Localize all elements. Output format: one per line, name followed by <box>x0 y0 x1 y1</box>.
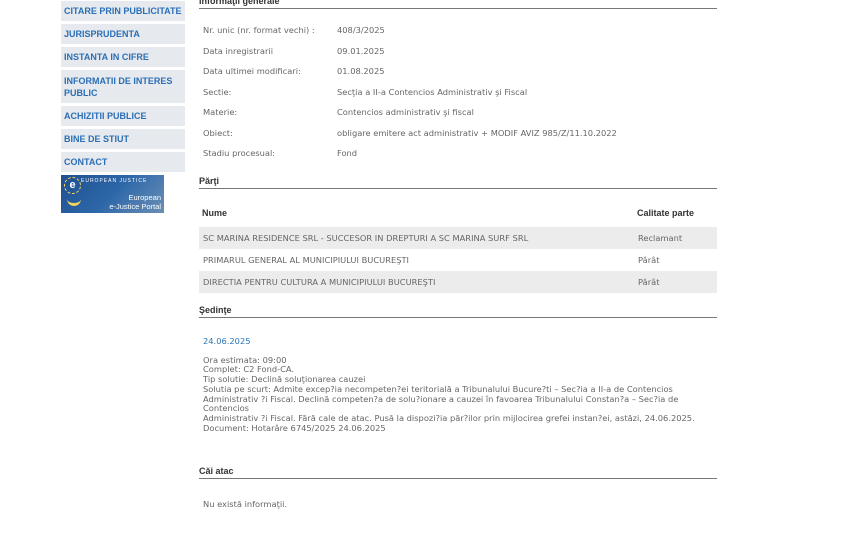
table-row: SC MARINA RESIDENCE SRL - SUCCESOR IN DR… <box>199 227 717 249</box>
ejustice-banner-top-text: EUROPEAN JUSTICE <box>81 178 147 184</box>
general-info-list: Nr. unic (nr. format vechi) : 408/3/2025… <box>199 20 717 164</box>
parties-heading: Părţi <box>199 176 717 189</box>
party-name: SC MARINA RESIDENCE SRL - SUCCESOR IN DR… <box>199 227 634 249</box>
parties-table: Nume Calitate parte SC MARINA RESIDENCE … <box>199 199 717 293</box>
sidebar-item-jurisprudenta[interactable]: JURISPRUDENTA <box>61 24 185 44</box>
info-row-sectie: Sectie: Secţia a II-a Contencios Adminis… <box>199 82 717 103</box>
ejustice-banner-line1: European <box>109 193 161 202</box>
scales-of-justice-icon <box>67 195 81 206</box>
info-label: Data inregistrarii <box>199 46 337 56</box>
info-value: Fond <box>337 148 357 158</box>
info-row-data-inregistrarii: Data inregistrarii 09.01.2025 <box>199 41 717 62</box>
sidebar-item-instanta-in-cifre[interactable]: INSTANTA IN CIFRE <box>61 47 185 67</box>
ejustice-banner-caption: European e-Justice Portal <box>109 193 161 211</box>
sidebar-item-achizitii-publice[interactable]: ACHIZITII PUBLICE <box>61 106 185 126</box>
info-row-stadiu-procesual: Stadiu procesual: Fond <box>199 143 717 164</box>
general-info-heading: Informaţii generale <box>199 0 717 9</box>
sidebar-nav: CITARE PRIN PUBLICITATE JURISPRUDENTA IN… <box>61 0 185 213</box>
info-value: obligare emitere act administrativ + MOD… <box>337 128 617 138</box>
hearing-date: 24.06.2025 <box>203 336 717 346</box>
hearing-item: 24.06.2025 Ora estimata: 09:00 Complet: … <box>199 336 717 434</box>
party-role: Reclamant <box>634 227 717 249</box>
parties-header-row: Nume Calitate parte <box>199 199 717 227</box>
hearings-heading: Şedinţe <box>199 305 717 318</box>
info-label: Stadiu procesual: <box>199 148 337 158</box>
sidebar-item-citare-prin-publicitate[interactable]: CITARE PRIN PUBLICITATE <box>61 1 185 21</box>
info-row-nr-unic: Nr. unic (nr. format vechi) : 408/3/2025 <box>199 20 717 41</box>
info-row-obiect: Obiect: obligare emitere act administrat… <box>199 123 717 144</box>
info-label: Sectie: <box>199 87 337 97</box>
column-header-role: Calitate parte <box>634 199 717 227</box>
info-value: Secţia a II-a Contencios Administrativ ş… <box>337 87 527 97</box>
party-role: Pârât <box>634 249 717 271</box>
appeals-empty-message: Nu există informaţii. <box>199 499 717 509</box>
case-details: Informaţii generale Nr. unic (nr. format… <box>199 0 717 509</box>
info-row-materie: Materie: Contencios administrativ şi fis… <box>199 102 717 123</box>
ejustice-portal-banner[interactable]: e EUROPEAN JUSTICE European e-Justice Po… <box>61 175 164 213</box>
info-label: Nr. unic (nr. format vechi) : <box>199 25 337 35</box>
info-row-data-ultimei-modificari: Data ultimei modificari: 01.08.2025 <box>199 61 717 82</box>
party-name: PRIMARUL GENERAL AL MUNICIPIULUI BUCUREŞ… <box>199 249 634 271</box>
table-row: PRIMARUL GENERAL AL MUNICIPIULUI BUCUREŞ… <box>199 249 717 271</box>
ejustice-logo-icon: e <box>64 177 81 194</box>
ejustice-banner-line2: e-Justice Portal <box>109 202 161 211</box>
info-value: 408/3/2025 <box>337 25 385 35</box>
info-label: Data ultimei modificari: <box>199 66 337 76</box>
party-name: DIRECTIA PENTRU CULTURA A MUNICIPIULUI B… <box>199 271 634 293</box>
table-row: DIRECTIA PENTRU CULTURA A MUNICIPIULUI B… <box>199 271 717 293</box>
sidebar-item-bine-de-stiut[interactable]: BINE DE STIUT <box>61 129 185 149</box>
info-label: Materie: <box>199 107 337 117</box>
hearing-details: Ora estimata: 09:00 Complet: C2 Fond-CA.… <box>203 356 717 434</box>
info-value: Contencios administrativ şi fiscal <box>337 107 474 117</box>
sidebar-item-informatii-de-interes-public[interactable]: INFORMATII DE INTERES PUBLIC <box>61 70 185 103</box>
appeals-heading: Căi atac <box>199 466 717 479</box>
info-value: 09.01.2025 <box>337 46 385 56</box>
info-label: Obiect: <box>199 128 337 138</box>
info-value: 01.08.2025 <box>337 66 385 76</box>
column-header-name: Nume <box>199 199 634 227</box>
party-role: Pârât <box>634 271 717 293</box>
sidebar-item-contact[interactable]: CONTACT <box>61 152 185 172</box>
